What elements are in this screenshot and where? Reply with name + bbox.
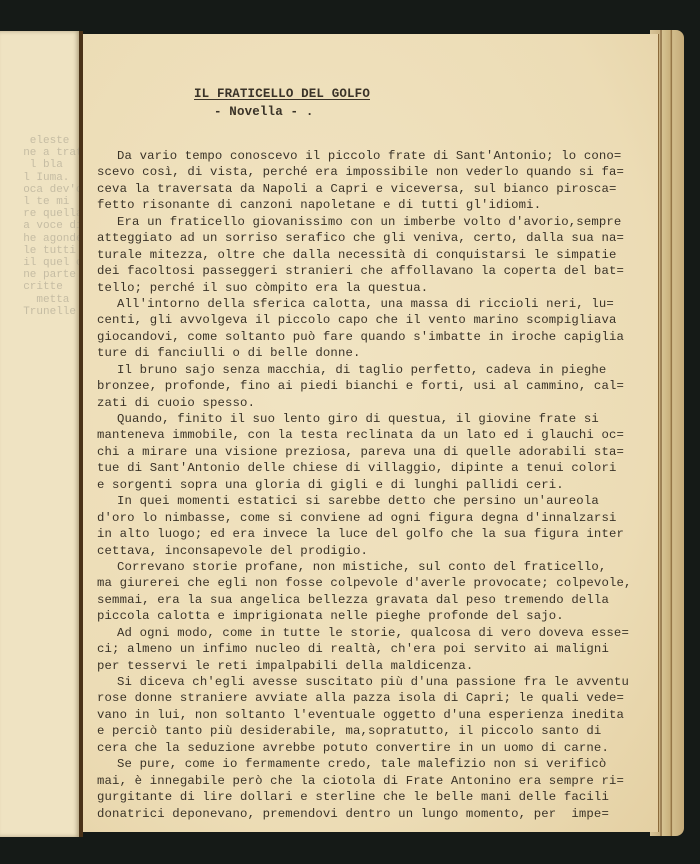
text-line: fetto risonante di canzoni napoletane e …: [97, 197, 652, 213]
text-line: Ad ogni modo, come in tutte le storie, q…: [97, 625, 652, 641]
text-line: Il bruno sajo senza macchia, di taglio p…: [97, 362, 652, 378]
text-line: ture di fanciulli o di belle donne.: [97, 345, 652, 361]
text-line: ma giurerei che egli non fosse colpevole…: [97, 575, 652, 591]
text-line: rose donne straniere avviate alla pazza …: [97, 690, 652, 706]
text-line: centi, gli avvolgeva il piccolo capo che…: [97, 312, 652, 328]
text-line: e sorgenti sopra una gloria di gigli e d…: [97, 477, 652, 493]
text-line: d'oro lo nimbasse, come si conviene ad o…: [97, 510, 652, 526]
text-line: giocandovi, come soltanto può fare quand…: [97, 329, 652, 345]
story-title: IL FRATICELLO DEL GOLFO: [194, 87, 370, 101]
text-line: cera che la seduzione avrebbe potuto con…: [97, 740, 652, 756]
text-line: cettava, inconsapevole del prodigio.: [97, 543, 652, 559]
left-page-bleed-text: eleste ne a tratt l bla l Iuma. oca dev'…: [10, 135, 80, 318]
text-line: Correvano storie profane, non mistiche, …: [97, 559, 652, 575]
left-page: eleste ne a tratt l bla l Iuma. oca dev'…: [0, 31, 80, 837]
text-line: tello; perché il suo còmpito era la ques…: [97, 280, 652, 296]
text-line: donatrici deponevano, premendovi dentro …: [97, 806, 652, 822]
text-line: Quando, finito il suo lento giro di ques…: [97, 411, 652, 427]
text-line: zati di cuoio spesso.: [97, 395, 652, 411]
text-line: ci; almeno un infimo nucleo di realtà, c…: [97, 641, 652, 657]
text-line: Era un fraticello giovanissimo con un im…: [97, 214, 652, 230]
text-line: turale mitezza, oltre che dalla necessit…: [97, 247, 652, 263]
text-line: In quei momenti estatici si sarebbe dett…: [97, 493, 652, 509]
text-line: Da vario tempo conoscevo il piccolo frat…: [97, 148, 652, 164]
text-line: vano in lui, non soltanto l'eventuale og…: [97, 707, 652, 723]
story-body: Da vario tempo conoscevo il piccolo frat…: [97, 148, 652, 822]
text-line: chi a mirare una visione preziosa, parev…: [97, 444, 652, 460]
text-line: scevo così, di vista, perché era impossi…: [97, 164, 652, 180]
text-line: atteggiato ad un sorriso serafico che gl…: [97, 230, 652, 246]
text-line: bronzee, profonde, fino ai piedi bianchi…: [97, 378, 652, 394]
text-line: piccola calotta e imprigionata nelle pie…: [97, 608, 652, 624]
text-line: dei facoltosi passeggeri stranieri che a…: [97, 263, 652, 279]
text-line: e perciò tanto più desiderabile, ma,sopr…: [97, 723, 652, 739]
text-line: Se pure, come io fermamente credo, tale …: [97, 756, 652, 772]
text-line: manteneva immobile, con la testa reclina…: [97, 427, 652, 443]
text-line: per tesservi le reti impalpabili della m…: [97, 658, 652, 674]
text-line: tue di Sant'Antonio delle chiese di vill…: [97, 460, 652, 476]
text-line: All'intorno della sferica calotta, una m…: [97, 296, 652, 312]
typewritten-page: IL FRATICELLO DEL GOLFO - Novella - . Da…: [83, 34, 658, 832]
text-line: semmai, era la sua angelica bellezza gra…: [97, 592, 652, 608]
text-line: ceva la traversata da Napoli a Capri e v…: [97, 181, 652, 197]
text-line: gurgitante di lire dollari e sterline ch…: [97, 789, 652, 805]
text-line: Si diceva ch'egli avesse suscitato più d…: [97, 674, 652, 690]
text-line: mai, è innegabile però che la ciotola di…: [97, 773, 652, 789]
story-subtitle: - Novella - .: [214, 105, 313, 119]
text-line: in alto luogo; ed era invece la luce del…: [97, 526, 652, 542]
